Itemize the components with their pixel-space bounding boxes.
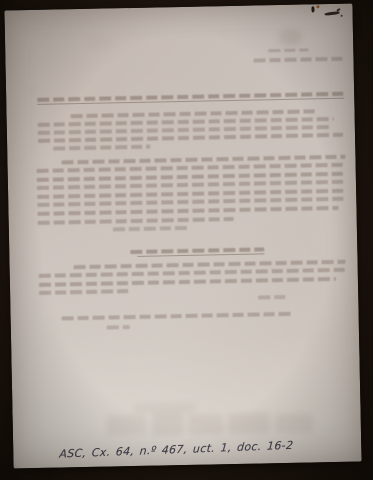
faded-stamp-smudge xyxy=(279,29,302,46)
illegible-typed-line xyxy=(37,197,345,207)
illegible-typed-line xyxy=(53,145,150,151)
illegible-typed-line xyxy=(258,295,286,299)
ink-bleedthrough-mark xyxy=(188,414,224,435)
ink-speck xyxy=(324,11,339,15)
heading-underline xyxy=(137,253,264,257)
ink-speck xyxy=(316,5,319,8)
illegible-typed-line xyxy=(62,312,292,320)
illegible-typed-line xyxy=(37,180,345,190)
photo-background: ASC, Cx. 64, n.º 467, uct. 1, doc. 16-2 xyxy=(0,0,373,480)
ink-bleedthrough-mark xyxy=(228,412,270,434)
illegible-typed-line xyxy=(74,260,346,269)
illegible-typed-line xyxy=(37,163,345,173)
illegible-typed-line xyxy=(39,289,129,294)
marks-layer xyxy=(4,4,361,469)
illegible-typed-line xyxy=(39,268,347,278)
illegible-typed-line xyxy=(39,277,336,287)
ink-bleedthrough-mark xyxy=(133,403,195,414)
illegible-typed-line xyxy=(37,206,338,216)
illegible-typed-line xyxy=(38,133,343,143)
ink-speck xyxy=(311,6,314,12)
illegible-typed-line xyxy=(113,226,189,231)
illegible-typed-line xyxy=(71,109,316,118)
ink-speck xyxy=(341,15,343,17)
illegible-typed-line xyxy=(268,48,308,52)
ink-bleedthrough-mark xyxy=(152,413,184,436)
faded-stamp-smudge xyxy=(86,40,114,46)
ink-bleedthrough-mark xyxy=(275,413,313,433)
illegible-typed-line xyxy=(38,217,234,225)
ink-bleedthrough-mark xyxy=(107,415,147,436)
faded-stamp-smudge xyxy=(27,89,37,95)
illegible-typed-line xyxy=(253,57,342,62)
illegible-typed-line xyxy=(107,325,130,329)
document-page: ASC, Cx. 64, n.º 467, uct. 1, doc. 16-2 xyxy=(4,4,361,469)
